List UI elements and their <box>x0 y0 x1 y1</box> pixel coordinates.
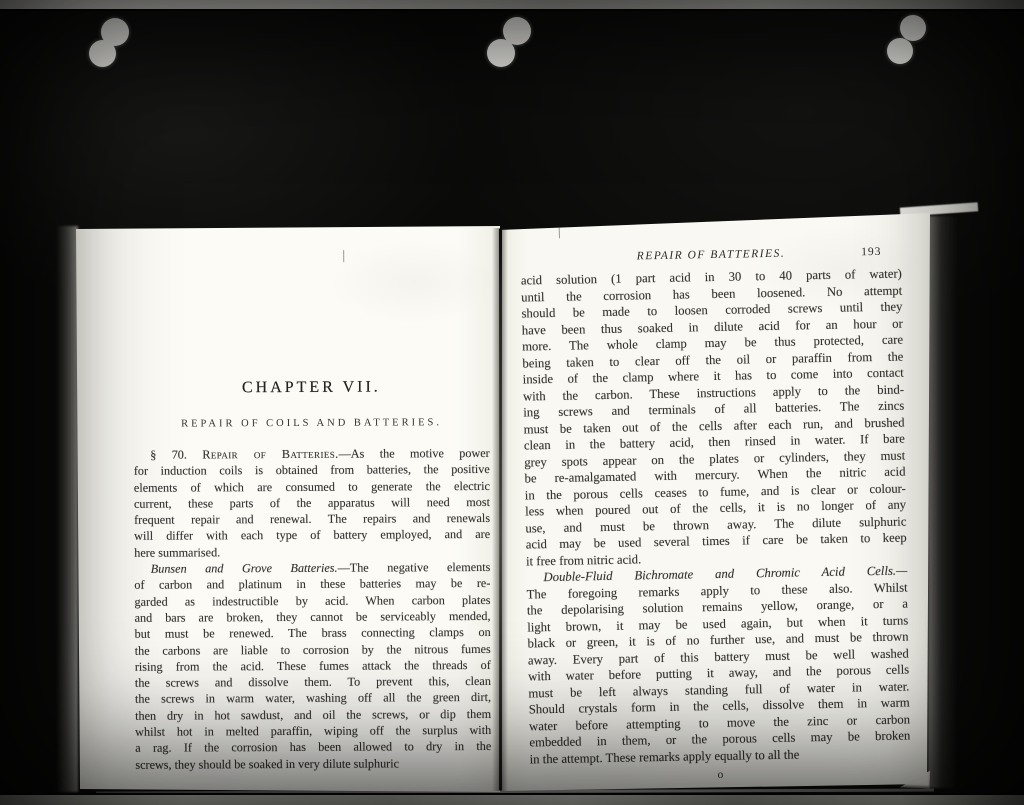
text-line: rising from the acid. These fumes attack… <box>135 657 491 675</box>
text-line: current, these parts of the apparatus wi… <box>134 494 490 512</box>
right-page: | REPAIR OF BATTERIES. 193 acid solution… <box>499 213 930 791</box>
right-page-paragraphs: acid solution (1 part acid in 30 to 40 p… <box>521 266 911 768</box>
punch-hole <box>900 15 926 41</box>
scan-bottom-strip <box>0 793 1024 805</box>
text-line: here summarised. <box>134 543 490 561</box>
running-header-title: REPAIR OF BATTERIES. <box>637 248 786 263</box>
text-line: for induction coils is obtained from bat… <box>134 461 490 479</box>
text-line: the screws and dissolve them. To prevent… <box>135 673 491 691</box>
text-line: garded as indestructible by acid. When c… <box>134 592 490 610</box>
punch-hole <box>487 39 515 67</box>
stray-ink-mark: | <box>558 225 560 239</box>
left-page-body-text: § 70. Repair of Batteries.—As the motive… <box>134 445 492 773</box>
text-line: whilst hot in melted paraffin, wiping of… <box>135 722 491 740</box>
scan-top-edge-strip <box>0 0 1024 9</box>
text-line: a rag. If the corrosion has been allowed… <box>135 738 491 756</box>
text-line: the carbons are liable to corrosion by t… <box>135 641 491 659</box>
text-line: will differ with each type of battery em… <box>134 526 490 544</box>
book-gutter-seam <box>499 229 502 790</box>
chapter-heading: CHAPTER VII. <box>133 378 489 398</box>
text-line: frequent repair and renewal. The repairs… <box>134 510 490 528</box>
chapter-subtitle: REPAIR OF COILS AND BATTERIES. <box>134 417 490 430</box>
right-page-body-text: acid solution (1 part acid in 30 to 40 p… <box>521 266 911 787</box>
running-header: REPAIR OF BATTERIES. 193 <box>520 246 901 265</box>
punch-hole <box>89 40 116 67</box>
page-stack-edge-left <box>56 226 78 792</box>
text-line: then dry in hot sawdust, and oil the scr… <box>135 706 491 724</box>
stray-ink-mark: | <box>343 248 345 262</box>
text-line: elements of which are consumed to genera… <box>134 478 490 496</box>
text-line: Bunsen and Grove Batteries.—The negative… <box>134 559 490 577</box>
text-line: but must be renewed. The brass connectin… <box>135 624 491 642</box>
scanned-book-spread: | CHAPTER VII. REPAIR OF COILS AND BATTE… <box>0 0 1024 805</box>
page-number: 193 <box>861 246 881 258</box>
text-line: and bars are broken, they cannot be serv… <box>135 608 491 626</box>
page-stack-edge-right <box>928 216 958 788</box>
punch-hole <box>887 38 913 64</box>
text-line: screws, they should be soaked in very di… <box>135 755 491 773</box>
text-line: the screws in warm water, washing off al… <box>135 689 491 707</box>
signature-mark: o <box>530 763 911 786</box>
text-line: of carbon and platinum in these batterie… <box>134 575 490 593</box>
left-page: | CHAPTER VII. REPAIR OF COILS AND BATTE… <box>76 226 500 792</box>
text-line: § 70. Repair of Batteries.—As the motive… <box>134 445 490 463</box>
